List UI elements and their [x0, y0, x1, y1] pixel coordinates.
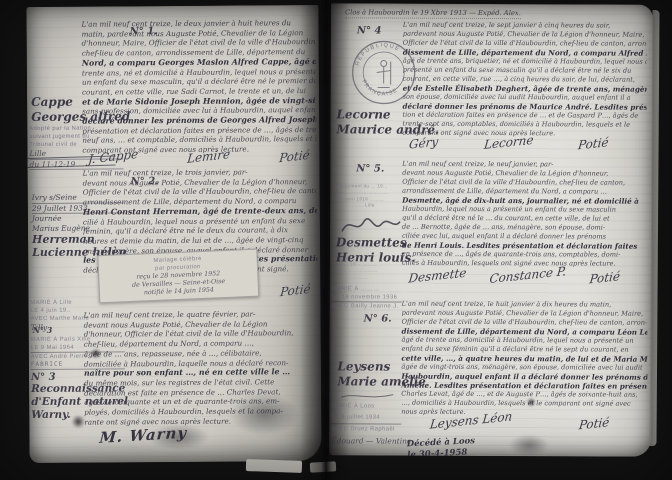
entry-1-signatures: J. CappeLemirePotié: [87, 151, 309, 167]
page-bottom-scrap: [310, 461, 336, 472]
margin-name-line: Georges alfred: [31, 109, 130, 124]
stamp-line: …………………: [334, 274, 400, 281]
entry-5-marriage-stamp: MARIÉ À ………LE 18 novembre 1936AVEC Baill…: [332, 285, 402, 310]
entry-5-text: L'an mil neuf cent treize, le neuf janvi…: [402, 160, 646, 269]
handwritten-line: ciliés à Haubourdin, lesquels ont signé …: [402, 259, 646, 269]
stamp-line: Édouard — Valentine: [331, 435, 401, 446]
entry-3-number-small: N° 3: [33, 325, 53, 335]
entry-3-number: N° 3: [31, 372, 56, 383]
marriage-slip: Mariage célébrépar procurationreçu le 28…: [97, 249, 259, 304]
stamp-line: MARIÉ À Loos: [331, 401, 401, 412]
signature: Géry: [408, 134, 439, 151]
closing-note: Clos à Haubourdin le 19 Xbre 1913 — Expé…: [345, 8, 521, 19]
entry-2-margin-notes: Ivry s/Seine29 Juillet 1933JournéeMarius…: [32, 192, 124, 259]
svg-text:FRANÇAISE: FRANÇAISE: [360, 79, 399, 98]
left-page: N° 1. L'an mil neuf cent treize, le deux…: [26, 5, 321, 463]
entry-6-number: N° 6.: [364, 313, 392, 324]
entry-6-margin-name: LeysensMarie amélie: [337, 359, 426, 388]
stain: [509, 434, 549, 456]
ink-blot: [525, 396, 537, 408]
entry-5-stamp-block-b: ……… 19… …………………………………………………: [334, 261, 400, 280]
entry-4-number: N° 4: [357, 25, 382, 36]
ink-flourish: [340, 213, 402, 237]
margin-note-line: 29 Juillet 1933: [32, 203, 124, 214]
margin-name-line: Leysens: [337, 359, 426, 374]
underline-flourish: [339, 391, 395, 401]
death-note: Décédé à Loosle 30-4-1958: [407, 436, 476, 457]
margin-note-line: Ivry s/Seine: [32, 192, 124, 203]
signature: Potié: [579, 415, 611, 432]
stain: [229, 393, 299, 435]
entry-1-margin-name: CappeGeorges alfred: [31, 94, 130, 124]
margin-name-line: Marie amélie: [337, 374, 426, 389]
stamp-line: LE 9 juillet 1934: [331, 412, 401, 424]
signature: Potié: [578, 135, 610, 152]
entry-4-signatures: GéryLecornePotié: [408, 138, 608, 153]
entry-6-marriage-stamp: MARIÉ À LoosLE 9 juillet 1934AVEC Druez …: [331, 401, 401, 446]
entry-5-signatures: DesmetteConstance P.Potié: [408, 272, 620, 287]
signature: Potié: [589, 269, 621, 286]
seal-text-bottom: FRANÇAISE: [360, 79, 399, 98]
ink-blot: [69, 413, 87, 431]
stamp-line: AVEC Druez Raphaël: [331, 424, 401, 435]
entry-6-signatures: Leysens LéonPotié: [429, 418, 609, 433]
marianne-figure: [377, 60, 391, 87]
entry-4-text: L'an mil neuf cent treize, le sept janvi…: [402, 21, 647, 139]
register-scan: N° 1. L'an mil neuf cent treize, le deux…: [0, 0, 672, 480]
signature: Potié: [279, 148, 311, 166]
page-bottom-scrap: [246, 459, 302, 473]
margin-name-line: Cappe: [31, 94, 130, 109]
signature: Potié: [280, 282, 312, 300]
stamp-line: LE 18 novembre 1936: [332, 293, 402, 302]
stamp-line: ……………… Lille: [334, 202, 400, 209]
entry-5-number: N° 5.: [356, 163, 384, 174]
signature: Desmette: [408, 266, 467, 286]
entry-5-stamp-block-a: … jugement du … 19………………………………… 4 avril …: [334, 183, 400, 208]
right-page: Clos à Haubourdin le 19 Xbre 1913 — Expé…: [329, 3, 653, 456]
stamp-line: AVEC Bailly Jeanne J.: [332, 302, 402, 310]
margin-note-line: Herreman: [32, 232, 124, 246]
stain: [147, 424, 209, 450]
ink-blot: [89, 346, 103, 360]
